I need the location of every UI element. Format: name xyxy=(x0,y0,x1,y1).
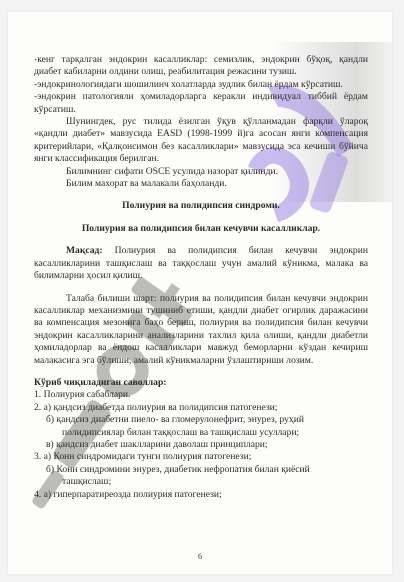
questions-list: 1. Полиурия сабаблари. 2. а) қандсиз диа… xyxy=(34,389,368,501)
subsection-heading: Полиурия ва полидипсия билан кечувчи кас… xyxy=(34,223,368,235)
section-heading: Полиурия ва полидипсия синдроми. xyxy=(34,200,368,212)
list-item: ташқислаш; xyxy=(34,476,368,488)
goal-label: Мақсад: xyxy=(66,245,103,256)
goal-paragraph: Мақсад: Полиурия ва полидипсия билан кеч… xyxy=(34,245,368,282)
requirement-paragraph: Талаба билиши шарт: полиурия ва полидипс… xyxy=(34,293,368,367)
questions-title: Кўриб чиқиладиган саволлар: xyxy=(34,377,368,389)
list-item: б) қандсиз диабетни пиело- ва гломерулон… xyxy=(34,414,368,426)
list-item: в) қандсиз диабет шаклларини даволаш при… xyxy=(34,439,368,451)
paragraph: -кенг тарқалган эндокрин касалликлар: се… xyxy=(34,54,368,79)
list-item: 1. Полиурия сабаблари. xyxy=(34,389,368,401)
list-item: б) Конн синдромини энурез, диабетик нефр… xyxy=(34,464,368,476)
paragraph: -эндокрин патологияли ҳомиладорларга кер… xyxy=(34,91,368,116)
paragraph: -эндокринологиядаги шошилинч холатларда … xyxy=(34,79,368,91)
document-body: -кенг тарқалган эндокрин касалликлар: се… xyxy=(34,54,368,501)
page-number: 6 xyxy=(8,552,392,561)
list-item: 4. а) гиперпаратиреозда полиурия патоген… xyxy=(34,489,368,501)
list-item: 2. а) қандсиз диабетда полиурия ва полид… xyxy=(34,402,368,414)
list-item: 3. а) Конн синдромидаги тунги полиурия п… xyxy=(34,451,368,463)
paragraph: Билимнинг сифати OSCE усулида назорат қи… xyxy=(34,166,368,178)
document-page: -кенг тарқалган эндокрин касалликлар: се… xyxy=(8,12,392,574)
paragraph: Шунингдек, рус тилида ёзилган ўқув қўлла… xyxy=(34,116,368,166)
paragraph: Билим махорат ва малакали баҳоланди. xyxy=(34,178,368,190)
list-item: полидипсиялар билан таққослаш ва ташқисл… xyxy=(34,427,368,439)
